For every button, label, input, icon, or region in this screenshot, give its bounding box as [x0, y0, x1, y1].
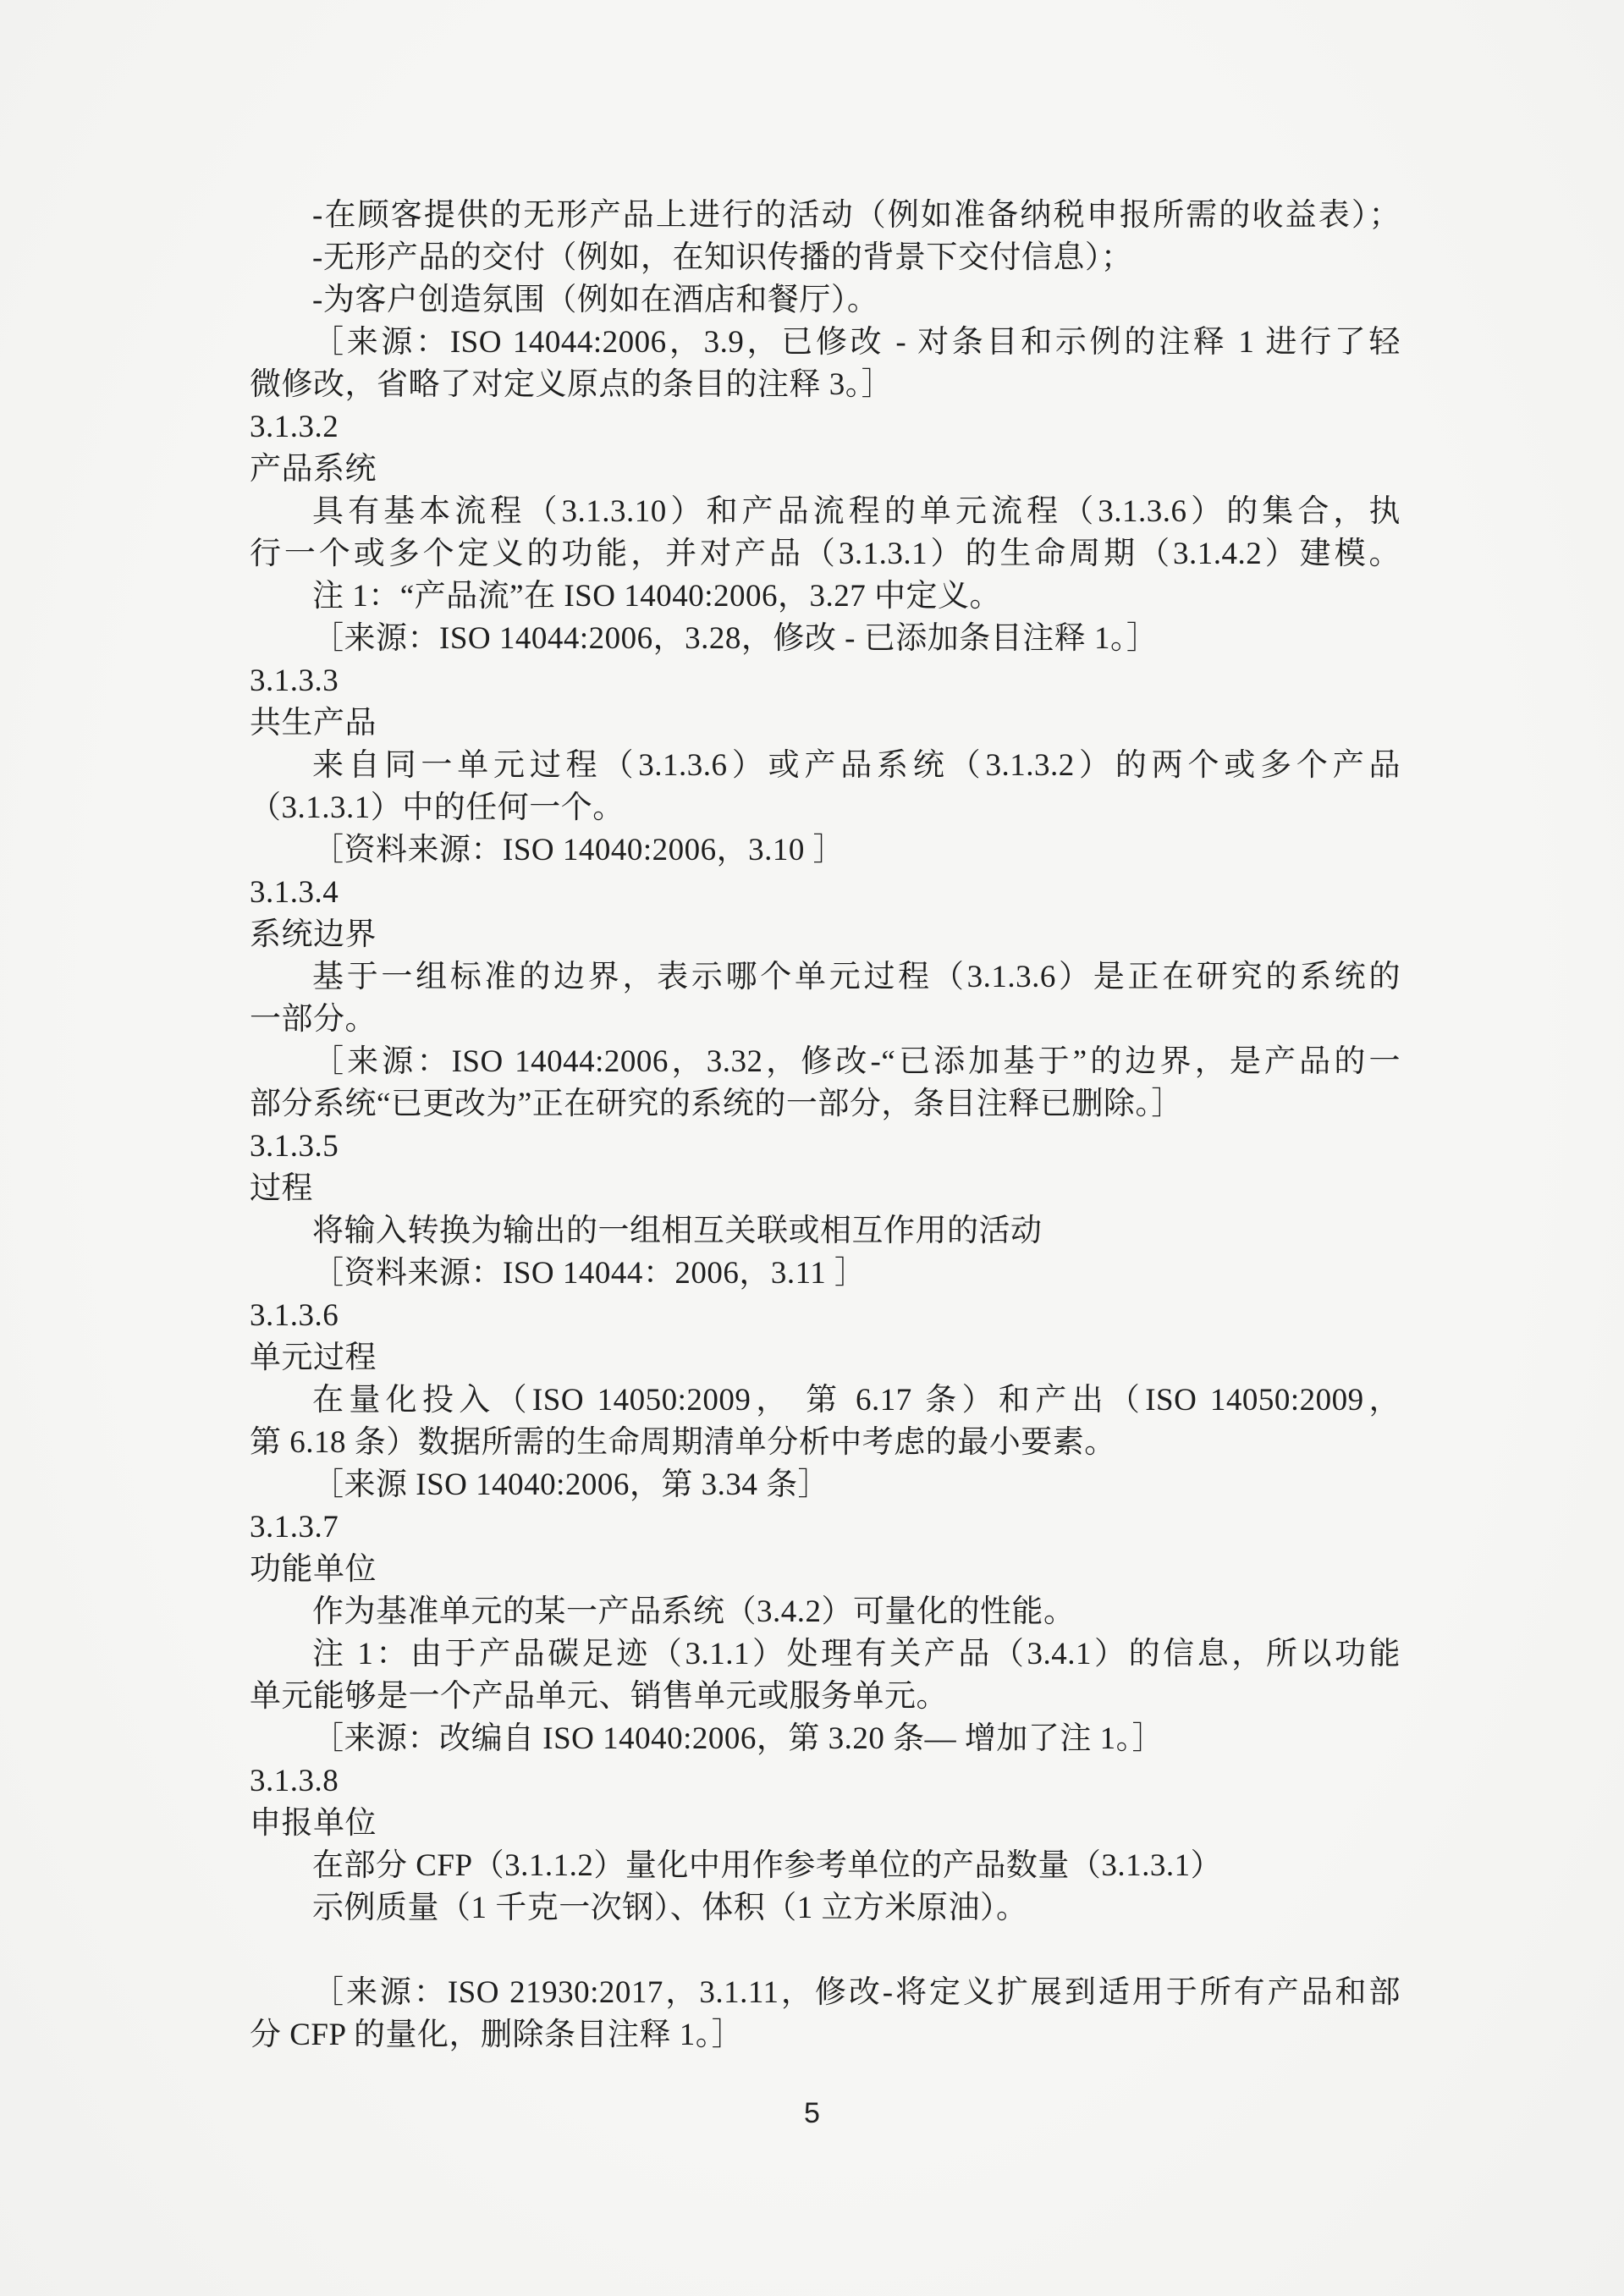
text-line: 共生产品: [250, 702, 1401, 745]
text-line: ［来源：改编自 ISO 14040:2006，第 3.20 条— 增加了注 1。…: [250, 1718, 1401, 1760]
text-line: （3.1.3.1）中的任何一个。: [250, 787, 1401, 829]
text-line: -无形产品的交付（例如，在知识传播的背景下交付信息）；: [250, 237, 1401, 279]
text-line: 具有基本流程（3.1.3.10）和产品流程的单元流程（3.1.3.6）的集合，执: [250, 491, 1401, 533]
text-line: 将输入转换为输出的一组相互关联或相互作用的活动: [250, 1210, 1401, 1253]
text-line: ［来源：ISO 21930:2017，3.1.11，修改-将定义扩展到适用于所有…: [250, 1972, 1401, 2014]
text-line: 在部分 CFP（3.1.1.2）量化中用作参考单位的产品数量（3.1.3.1）: [250, 1845, 1401, 1887]
text-line: 3.1.3.8: [250, 1760, 1401, 1803]
text-line: 作为基准单元的某一产品系统（3.4.2）可量化的性能。: [250, 1591, 1401, 1633]
text-line: [250, 1930, 1401, 1972]
text-line: 产品系统: [250, 449, 1401, 491]
text-line: 注 1：由于产品碳足迹（3.1.1）处理有关产品（3.4.1）的信息，所以功能: [250, 1633, 1401, 1676]
text-line: 在量化投入（ISO 14050:2009， 第 6.17 条）和产出（ISO 1…: [250, 1379, 1401, 1422]
text-line: 过程: [250, 1168, 1401, 1210]
text-line: 行一个或多个定义的功能，并对产品（3.1.3.1）的生命周期（3.1.4.2）建…: [250, 533, 1401, 575]
text-line: 部分系统“已更改为”正在研究的系统的一部分，条目注释已删除。］: [250, 1083, 1401, 1126]
text-line: 示例质量（1 千克一次钢）、体积（1 立方米原油）。: [250, 1887, 1401, 1930]
text-line: 3.1.3.3: [250, 660, 1401, 702]
text-line: ［来源：ISO 14044:2006，3.32，修改-“已添加基于”的边界，是产…: [250, 1041, 1401, 1083]
text-line: ［来源：ISO 14044:2006，3.9，已修改 - 对条目和示例的注释 1…: [250, 322, 1401, 364]
text-line: ［资料来源：ISO 14040:2006，3.10 ］: [250, 829, 1401, 872]
text-line: 3.1.3.2: [250, 406, 1401, 449]
text-line: -为客户创造氛围（例如在酒店和餐厅）。: [250, 279, 1401, 322]
text-line: 来自同一单元过程（3.1.3.6）或产品系统（3.1.3.2）的两个或多个产品: [250, 745, 1401, 787]
text-line: 3.1.3.7: [250, 1506, 1401, 1549]
text-line: 单元能够是一个产品单元、销售单元或服务单元。: [250, 1676, 1401, 1718]
page-number: 5: [0, 2097, 1624, 2130]
text-line: 注 1：“产品流”在 ISO 14040:2006，3.27 中定义。: [250, 575, 1401, 618]
text-line: 基于一组标准的边界，表示哪个单元过程（3.1.3.6）是正在研究的系统的: [250, 956, 1401, 999]
text-line: 一部分。: [250, 999, 1401, 1041]
text-line: 第 6.18 条）数据所需的生命周期清单分析中考虑的最小要素。: [250, 1422, 1401, 1464]
text-line: ［来源 ISO 14040:2006，第 3.34 条］: [250, 1464, 1401, 1506]
text-line: ［来源：ISO 14044:2006，3.28，修改 - 已添加条目注释 1。］: [250, 618, 1401, 660]
text-line: 功能单位: [250, 1549, 1401, 1591]
text-line: 系统边界: [250, 914, 1401, 956]
text-line: 单元过程: [250, 1337, 1401, 1379]
text-line: 申报单位: [250, 1803, 1401, 1845]
text-line: 分 CFP 的量化，删除条目注释 1。］: [250, 2014, 1401, 2056]
text-line: 3.1.3.5: [250, 1126, 1401, 1168]
document-body: -在顾客提供的无形产品上进行的活动（例如准备纳税申报所需的收益表）；-无形产品的…: [250, 195, 1401, 2056]
text-line: ［资料来源：ISO 14044：2006，3.11 ］: [250, 1253, 1401, 1295]
document-page: -在顾客提供的无形产品上进行的活动（例如准备纳税申报所需的收益表）；-无形产品的…: [0, 0, 1624, 2296]
text-line: 3.1.3.6: [250, 1295, 1401, 1337]
text-line: 微修改，省略了对定义原点的条目的注释 3。］: [250, 364, 1401, 406]
text-line: -在顾客提供的无形产品上进行的活动（例如准备纳税申报所需的收益表）；: [250, 195, 1401, 237]
text-line: 3.1.3.4: [250, 872, 1401, 914]
